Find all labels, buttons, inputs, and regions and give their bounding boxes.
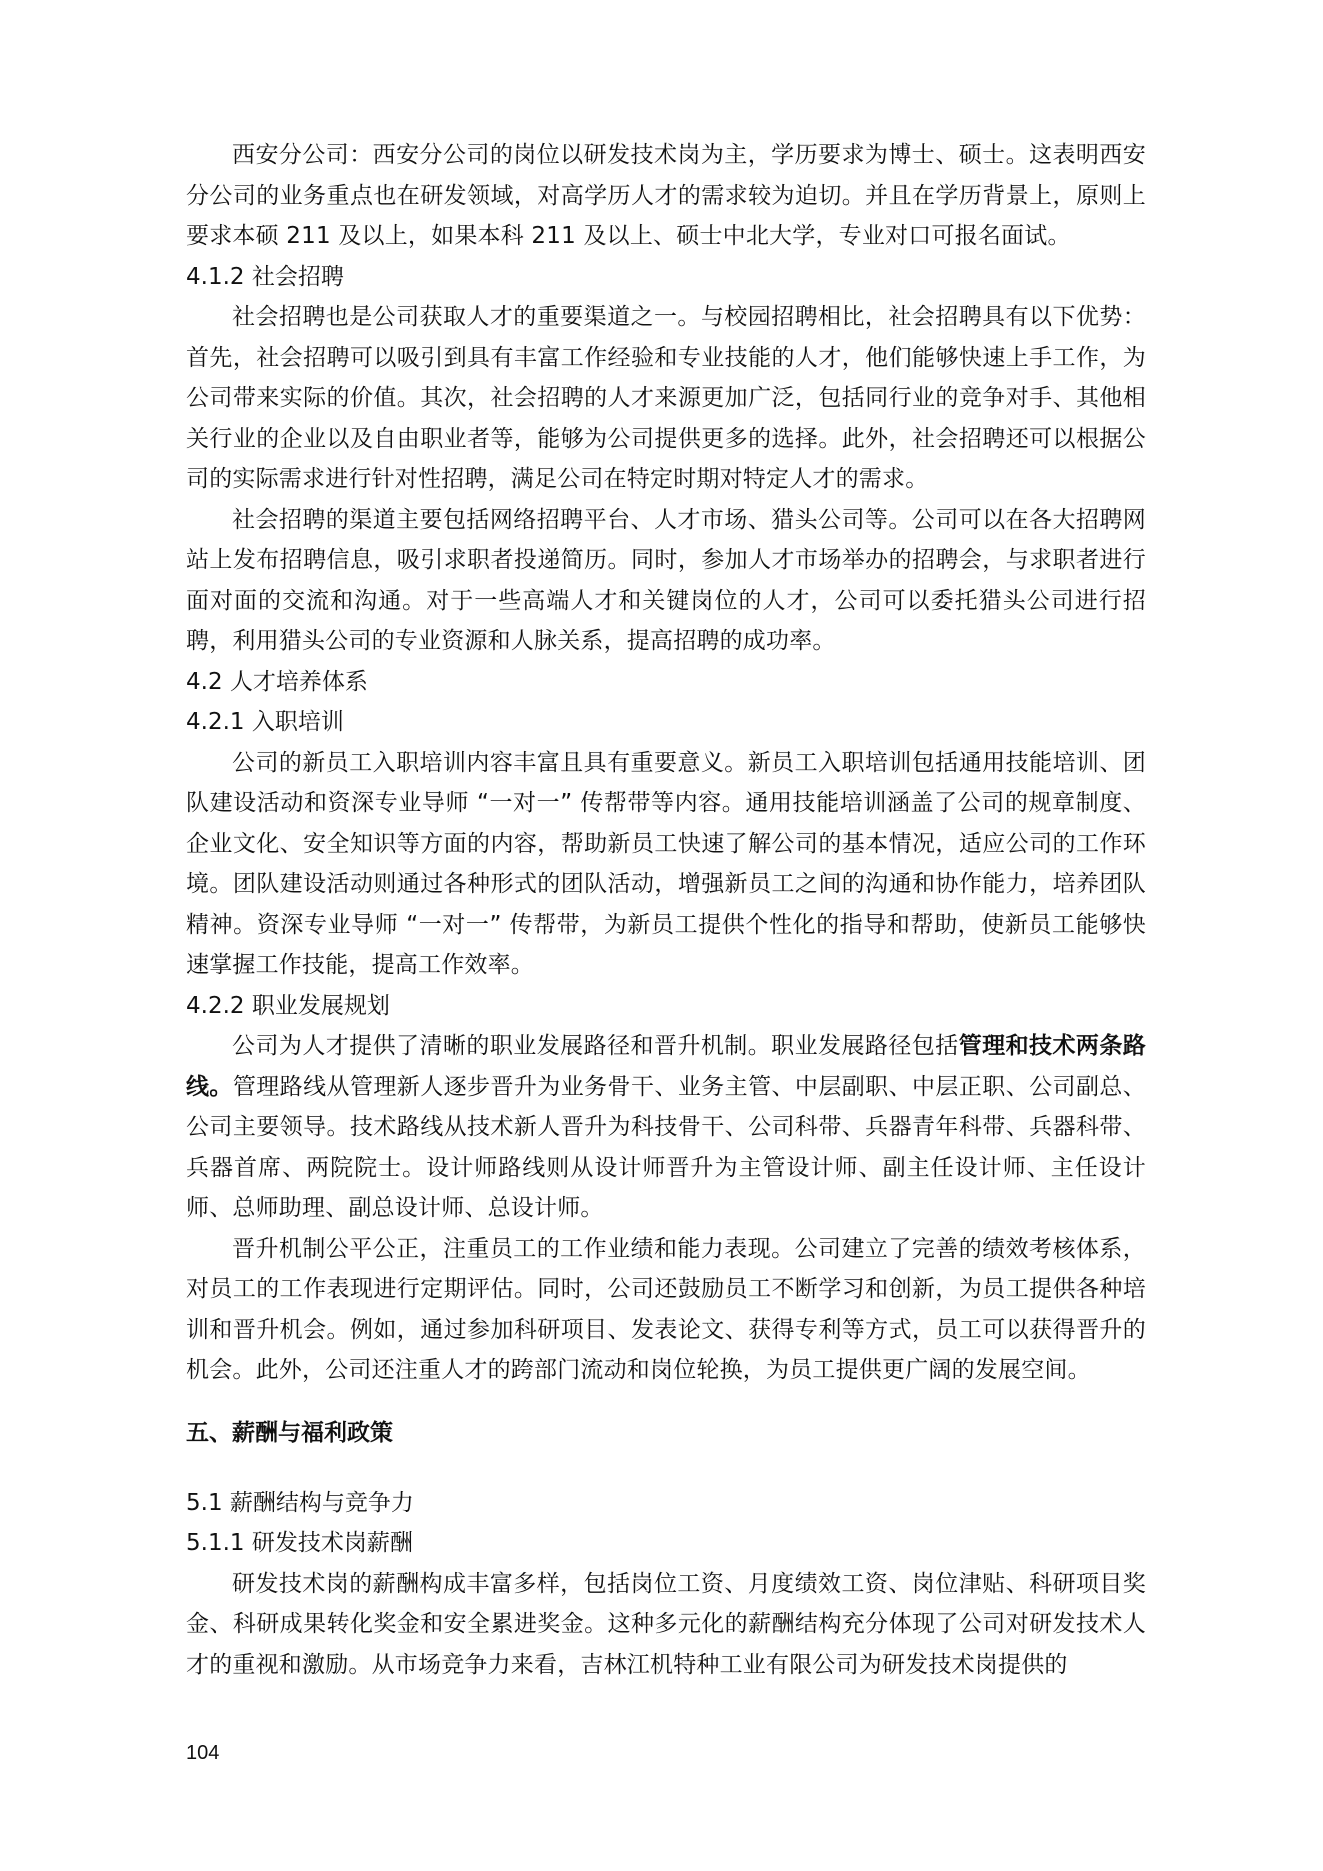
chapter-heading-5: 五、薪酬与福利政策 [186, 1413, 1146, 1453]
heading-5-1-1: 5.1.1 研发技术岗薪酬 [186, 1523, 1146, 1564]
career-paths-text-after: 管理路线从管理新人逐步晋升为业务骨干、业务主管、中层副职、中层正职、公司副总、公… [186, 1074, 1146, 1222]
heading-5-1: 5.1 薪酬结构与竞争力 [186, 1483, 1146, 1524]
paragraph-social-recruitment-channels: 社会招聘的渠道主要包括网络招聘平台、人才市场、猎头公司等。公司可以在各大招聘网站… [186, 500, 1146, 662]
paragraph-career-paths: 公司为人才提供了清晰的职业发展路径和晋升机制。职业发展路径包括管理和技术两条路线… [186, 1026, 1146, 1229]
heading-4-2: 4.2 人才培养体系 [186, 662, 1146, 703]
career-paths-text-before: 公司为人才提供了清晰的职业发展路径和晋升机制。职业发展路径包括 [232, 1033, 959, 1059]
heading-4-2-2: 4.2.2 职业发展规划 [186, 986, 1146, 1027]
page-number: 104 [186, 1742, 219, 1765]
paragraph-social-recruitment-advantages: 社会招聘也是公司获取人才的重要渠道之一。与校园招聘相比，社会招聘具有以下优势：首… [186, 297, 1146, 500]
paragraph-rd-compensation: 研发技术岗的薪酬构成丰富多样，包括岗位工资、月度绩效工资、岗位津贴、科研项目奖金… [186, 1564, 1146, 1686]
heading-4-2-1: 4.2.1 入职培训 [186, 702, 1146, 743]
document-page-body: 西安分公司：西安分公司的岗位以研发技术岗为主，学历要求为博士、硕士。这表明西安分… [186, 135, 1146, 1685]
paragraph-xian-branch: 西安分公司：西安分公司的岗位以研发技术岗为主，学历要求为博士、硕士。这表明西安分… [186, 135, 1146, 257]
paragraph-promotion-mechanism: 晋升机制公平公正，注重员工的工作业绩和能力表现。公司建立了完善的绩效考核体系，对… [186, 1229, 1146, 1391]
paragraph-onboarding-training: 公司的新员工入职培训内容丰富且具有重要意义。新员工入职培训包括通用技能培训、团队… [186, 743, 1146, 986]
heading-4-1-2: 4.1.2 社会招聘 [186, 257, 1146, 298]
